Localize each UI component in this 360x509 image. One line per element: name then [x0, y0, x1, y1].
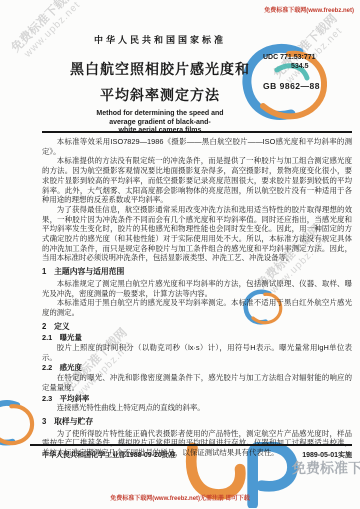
intro-paragraph: 为了获得最佳信息，航空摄影通常采用改变冲洗方法和选用适当特性的胶片取得理想的效果…	[42, 205, 352, 263]
intro-paragraph: 本标准提供的方法没有限定统一的冲洗条件，而是提供了一种胶片与加工组合测定感光度的…	[42, 156, 352, 205]
standard-title-line1: 黑白航空照相胶片感光度和	[30, 59, 290, 79]
document-page: 免费标准下载网 www.upbz.net 免费标准下载网 www.upbz.ne…	[0, 0, 360, 509]
section-2-heading: 2 定义	[42, 322, 352, 332]
standard-number: GB 9862—88	[263, 82, 320, 91]
header-rule	[42, 131, 352, 133]
document-body: 本标准等效采用ISO7829—1986《摄影——黑白航空胶片——ISO感光度和平…	[42, 137, 352, 458]
watermark-brand-text: 免费标准下载网	[292, 458, 360, 478]
watermark-bottom-red: 免费标准下载网(www.freebz.net)无需注册 即可下载	[0, 493, 360, 502]
udc-number-line2: 534.5	[291, 63, 320, 72]
standard-title-line2: 平均斜率测定方法	[30, 85, 290, 105]
section-2-1-heading: 2.1 曝光量	[42, 333, 352, 343]
english-subtitle-line1: Method for determining the speed and	[30, 110, 290, 119]
watermark-top-red: 免费标准下载网(www.freebz.net)	[264, 5, 354, 14]
intro-paragraph: 本标准等效采用ISO7829—1986《摄影——黑白航空胶片——ISO感光度和平…	[42, 137, 352, 156]
section-2-3-heading: 2.3 平均斜率	[42, 394, 352, 404]
footer-rule	[30, 444, 352, 446]
section-2-2-text: 在特定的曝光、冲洗和影像密度测量条件下，感光胶片与加工方法组合对辐射能的响应的定…	[42, 373, 352, 392]
section-1-heading: 1 主题内容与适用范围	[42, 267, 352, 277]
implementation-date: 1989-05-01实施	[302, 450, 352, 460]
section-2-2-heading: 2.2 感光度	[42, 363, 352, 373]
section-1-paragraph: 本标准适用于黑白航空片的感光度及平均斜率测定。本标准不适用于黑白红外航空片感光度…	[42, 298, 352, 317]
udc-number-line1: UDC 771.53:771	[263, 54, 320, 63]
section-1-paragraph: 本标准规定了测定黑白航空片感光度和平均斜率的方法，包括测试原理、仪器、取样、曝光…	[42, 279, 352, 298]
national-standard-label: 中华人民共和国国家标准	[30, 33, 290, 46]
approval-text: 中华人民共和国化学工业部1988-09-20批准	[42, 450, 176, 460]
english-subtitle-line2: average gradient of black-and-	[30, 119, 290, 128]
upbz-swirl-logo	[0, 398, 38, 450]
standard-header: 中华人民共和国国家标准 黑白航空照相胶片感光度和 平均斜率测定方法 Method…	[30, 33, 290, 136]
section-2-1-text: 胶片上照度的时间积分（以勒克司秒（lx·s）计），用符号H表示。曝光量常用lgH…	[42, 343, 352, 362]
section-3-heading: 3 取样与贮存	[42, 417, 352, 427]
udc-block: UDC 771.53:771 534.5 GB 9862—88	[263, 54, 320, 91]
section-2-3-text: 连接感光特性曲线上特定两点的直线的斜率。	[42, 403, 352, 413]
